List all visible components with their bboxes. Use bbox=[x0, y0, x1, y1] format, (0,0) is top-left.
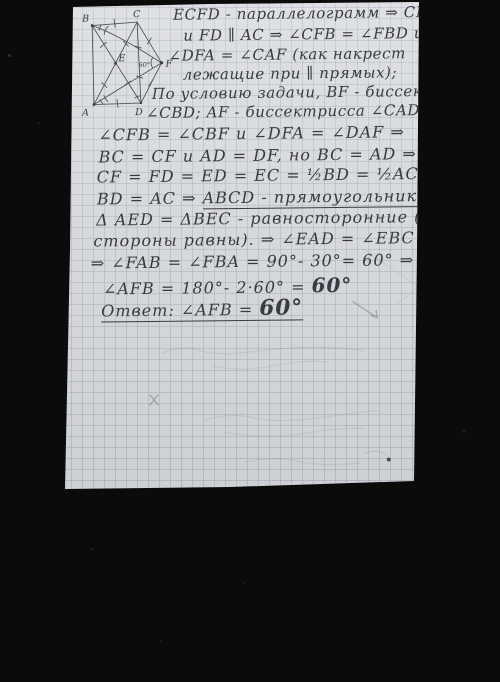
line-10-underlined-conclusion: ABCD - прямоугольник; bbox=[202, 186, 423, 209]
segment-CF bbox=[137, 22, 161, 63]
vertex-label-B: B bbox=[81, 14, 89, 25]
solution-line-11: Δ AED = ΔBEC - равносторонние (все bbox=[96, 207, 452, 230]
vertex-label-A: A bbox=[81, 108, 89, 119]
angle-60-label: 60° bbox=[139, 61, 151, 69]
solution-line-4: лежащие при ∥ прямых); bbox=[183, 63, 398, 83]
tick-AD bbox=[117, 99, 118, 107]
solution-line-6: ∠CBD; AF - биссектрисса ∠CAD ⇒ bbox=[146, 101, 439, 122]
dust-speck bbox=[8, 54, 11, 57]
dust-speck bbox=[160, 640, 162, 642]
vertex-label-C: C bbox=[133, 9, 141, 20]
line-14-result: 60° bbox=[311, 273, 352, 297]
answer-label: Ответ: bbox=[101, 301, 175, 323]
solution-line-8: BC = CF и AD = DF, но BC = AD ⇒ bbox=[98, 144, 416, 166]
dust-speck bbox=[38, 122, 40, 124]
ink-dot bbox=[387, 457, 391, 461]
tick-AE bbox=[102, 82, 107, 87]
solution-line-12: стороны равны). ⇒ ∠EAD = ∠EBC = 60°; bbox=[93, 228, 479, 251]
angle-arc-B2 bbox=[104, 26, 108, 34]
solution-line-10: BD = AC ⇒ ABCD - прямоугольник; bbox=[97, 186, 424, 208]
faint-scribble-corner bbox=[365, 451, 387, 456]
vertex-label-D: D bbox=[134, 107, 143, 118]
tick-BC bbox=[114, 19, 115, 27]
handwritten-solution: B C A D E F 60° ECFD - параллелограмм ⇒ … bbox=[60, 0, 430, 494]
angle-arc-B1 bbox=[99, 25, 101, 30]
solution-line-2: и FD ∥ AC ⇒ ∠CFB = ∠FBD и bbox=[183, 24, 424, 45]
line-10-head: BD = AC ⇒ bbox=[97, 188, 203, 208]
vertex-label-E: E bbox=[117, 53, 125, 64]
solution-line-1: ECFD - параллелограмм ⇒ CF ∥ BD bbox=[173, 3, 469, 24]
dust-speck bbox=[463, 430, 465, 433]
solution-line-9: CF = FD = ED = EC = ½BD = ½AC ⇒ bbox=[97, 164, 440, 187]
dust-speck bbox=[243, 582, 245, 584]
solution-line-5: По условию задачи, BF - биссектриса bbox=[152, 82, 477, 103]
solution-line-3: ∠DFA = ∠CAF (как накрест bbox=[168, 44, 406, 64]
solution-line-13: ⇒ ∠FAB = ∠FBA = 90°- 30°= 60° ⇒ bbox=[91, 250, 415, 272]
angle-arc-F bbox=[151, 58, 153, 68]
diagonal-BD bbox=[92, 25, 141, 103]
solution-line-7: ∠CFB = ∠CBF и ∠DFA = ∠DAF ⇒ bbox=[98, 122, 405, 144]
answer-expression: ∠AFB = 60° bbox=[175, 299, 304, 321]
answer-value: 60° bbox=[259, 295, 303, 320]
answer-line: Ответ: ∠AFB = 60° bbox=[101, 295, 303, 322]
scanned-page: { "document": { "type": "scanned handwri… bbox=[0, 0, 500, 682]
dust-speck bbox=[90, 548, 93, 550]
notebook-paper-sheet: B C A D E F 60° ECFD - параллелограмм ⇒ … bbox=[60, 0, 425, 492]
